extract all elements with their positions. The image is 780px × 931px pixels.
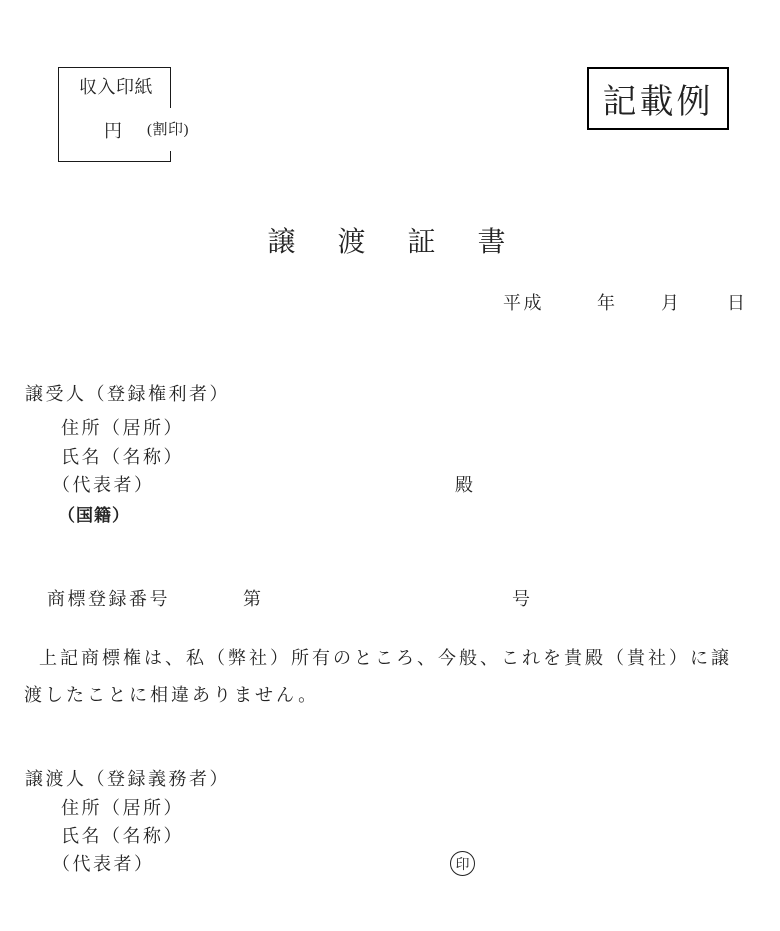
assignor-name-label: 氏名（名称） — [61, 825, 184, 847]
revenue-stamp-box: 収入印紙 円 (割印) — [58, 67, 171, 162]
body-line-2: 渡したことに相違ありません。 — [24, 684, 319, 706]
number-suffix-go-label: 号 — [512, 588, 533, 610]
month-suffix-label: 月 — [661, 292, 682, 314]
era-label: 平成 — [503, 292, 544, 314]
assignor-representative-label: （代表者） — [52, 853, 155, 875]
assignee-header: 譲受人（登録権利者） — [25, 383, 230, 405]
transfer-certificate-document: 収入印紙 円 (割印) 記載例 譲 渡 証 書 平成 年 月 日 譲受人（登録権… — [0, 0, 780, 931]
example-badge-label: 記載例 — [603, 74, 714, 123]
document-title: 譲 渡 証 書 — [0, 220, 780, 260]
assignor-address-label: 住所（居所） — [61, 797, 184, 819]
assignee-name-label: 氏名（名称） — [61, 446, 184, 468]
assignee-address-label: 住所（居所） — [61, 417, 184, 439]
seal-character: 印 — [456, 854, 470, 874]
yen-amount-label: 円 — [104, 120, 125, 142]
example-badge-box: 記載例 — [587, 67, 729, 130]
assignee-nationality-label: （国籍） — [58, 501, 130, 526]
stamp-box-right-border-bottom — [170, 151, 172, 161]
assignor-header: 譲渡人（登録義務者） — [25, 768, 230, 790]
body-line-1: 上記商標権は、私（弊社）所有のところ、今般、これを貴殿（貴社）に譲 — [24, 647, 732, 669]
seal-stamp-icon: 印 — [450, 851, 475, 876]
year-suffix-label: 年 — [597, 292, 618, 314]
number-prefix-dai-label: 第 — [243, 588, 264, 610]
day-suffix-label: 日 — [727, 292, 748, 314]
tally-seal-note: (割印) — [147, 118, 189, 139]
registration-number-label: 商標登録番号 — [47, 588, 170, 610]
stamp-box-right-border-top — [170, 68, 172, 108]
revenue-stamp-label: 収入印紙 — [79, 76, 153, 98]
honorific-dono-label: 殿 — [455, 474, 476, 496]
assignee-representative-label: （代表者） — [52, 474, 155, 496]
